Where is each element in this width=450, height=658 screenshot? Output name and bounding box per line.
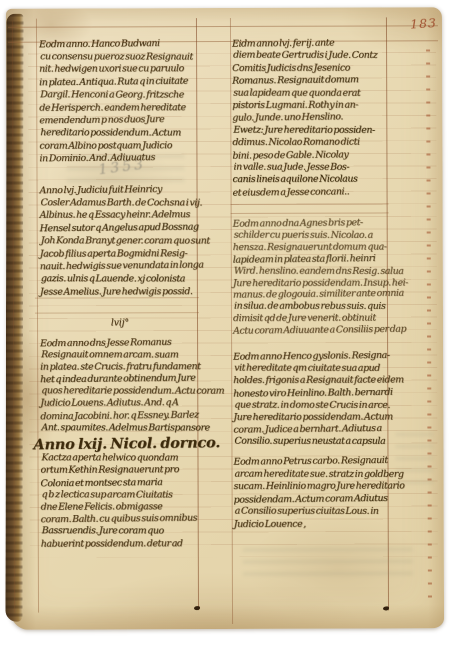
manuscript-entry: Anno lxij. Nicol. dornco.Kactza aperta h… bbox=[40, 438, 202, 550]
text-line: Wird. henslino. eandem dns Resig. salua bbox=[234, 265, 392, 277]
text-line: gulo. Junde. uno Henslino. bbox=[232, 111, 390, 125]
text-line: ortum Kethin Resignauerunt pro bbox=[41, 464, 203, 477]
text-line: canis lineis aquilone Nicolaus bbox=[232, 174, 390, 187]
text-line: sua lapideam que quonda erat bbox=[233, 87, 391, 100]
text-line: Romanus. Resignauit domum bbox=[232, 74, 390, 88]
photo-background: { "page": { "folio_number": "183", "marg… bbox=[0, 0, 450, 658]
text-line: Jesse Amelius. Jure hedwigis possid. bbox=[40, 286, 202, 299]
text-line: hereditario possidendum. Actum bbox=[40, 127, 202, 140]
text-line: Actu coram Adiuuante a Consiliis per dap bbox=[233, 324, 391, 338]
text-line: Hensel sutor q Angelus apud Bossnag bbox=[40, 222, 202, 237]
top-ruling-line bbox=[8, 25, 438, 28]
text-line: gazis. ulnis q Lauende. xj colonista bbox=[41, 273, 203, 286]
ink-blot bbox=[194, 606, 200, 610]
text-line: in Dominio. And. Adiuuatus bbox=[39, 152, 201, 167]
text-line: emendendum p nos duos Jure bbox=[39, 114, 201, 129]
text-line: q b z lectica sup arcam Ciuitatis bbox=[42, 489, 204, 501]
text-line: bini. peso de Gable. Nicolay bbox=[232, 148, 390, 162]
text-line: Bassruendis. Jure coram quo bbox=[42, 526, 204, 538]
text-line: que stratz. in domo ste Crucis in arce. bbox=[234, 399, 392, 411]
text-line: lapideam in platea sta florii. heinri bbox=[233, 253, 391, 267]
pricking-marks bbox=[426, 49, 432, 607]
text-line: Eodm anno. Hanco Budwani bbox=[39, 37, 201, 52]
left-text-column: Eodm anno. Hanco Budwanicu consensu puer… bbox=[39, 38, 203, 579]
text-line: ddimus. Nicolao Romano dicti bbox=[232, 137, 390, 150]
text-line: schilder cu pueris suis. Nicolao. a bbox=[234, 229, 392, 241]
manuscript-entry: Eodm anno. Hanco Budwanicu consensu puer… bbox=[39, 38, 201, 166]
ink-blot bbox=[383, 606, 389, 610]
text-line: domina Jacobini. hor. q Essney. Barlez bbox=[40, 409, 202, 423]
text-line: Colonia et montsec sta maria bbox=[41, 476, 203, 490]
text-line: vit hereditate qm ciuitate sua apud bbox=[234, 363, 392, 375]
text-line: Judicio Louens. Adiutus. And. q A bbox=[40, 398, 202, 411]
text-line: a Consilio superius ciuitas Lous. in bbox=[235, 506, 393, 519]
text-line: in valle. sua Jude. Jesse Bos- bbox=[233, 162, 391, 175]
text-line: arcam hereditate sue. stratz in goldberg bbox=[235, 468, 393, 481]
text-line: Ewetz: Jure hereditario possiden- bbox=[233, 124, 391, 137]
manuscript-page: 183 1353 lvij° Eodm anno. Hanco Budwanic… bbox=[6, 7, 444, 630]
text-line: holdes. frigonis a Resignauit facte eide… bbox=[233, 375, 391, 388]
text-line: Eodm anno dna Agnes bris pet- bbox=[233, 217, 391, 231]
text-line: Anno lxij. Nicol. dornco. bbox=[33, 437, 202, 451]
text-line: habuerint possidendum. detur ad bbox=[41, 538, 203, 551]
text-line: Consilio. superius neustat a capsula bbox=[234, 436, 392, 448]
text-line: Anno lvj. Judiciu fuit Heinricy bbox=[39, 183, 201, 198]
manuscript-entry: Eodm anno dna Agnes bris pet-schilder cu… bbox=[233, 217, 391, 337]
text-line: nauit. hedwigis sue venundata in longa bbox=[40, 260, 202, 275]
text-line: Kactza aperta helwico quondam bbox=[41, 452, 203, 464]
text-line: Dargil. Henconi a Georg. fritzsche bbox=[40, 89, 202, 102]
manuscript-entry: Eidm anno lvj. fer ij. antediem beate Ge… bbox=[232, 37, 391, 199]
text-line: Resignauit omnem arcam. suam bbox=[41, 349, 203, 361]
text-line: sucam. Heinlinio magro Jure hereditario bbox=[234, 481, 392, 494]
text-line: hensza. Resignauerunt domum qua- bbox=[233, 241, 391, 253]
text-line: cu consensu pueroz suoz Resignauit bbox=[40, 51, 202, 64]
manuscript-entry: Eodm anno dns Jesse RomanusResignauit om… bbox=[40, 337, 202, 434]
text-line: honesto viro Heinlino. Balth. bernardi bbox=[233, 386, 391, 400]
right-text-column: Eidm anno lvj. fer ij. antediem beate Ge… bbox=[232, 37, 392, 578]
text-line: diem beate Gertrudis i Jude. Contz bbox=[233, 50, 391, 63]
text-line: et eiusdem a Jesse concani.. bbox=[232, 186, 390, 200]
manuscript-entry: Anno lvj. Judiciu fuit HeinricyCosler Ad… bbox=[40, 184, 202, 299]
text-line: Cosler Adamus Barth. de Cochsna i vij. bbox=[41, 197, 203, 210]
folio-number: 183 bbox=[391, 15, 438, 33]
text-line: Eodm anno Petrus carbo. Resignauit bbox=[233, 455, 391, 469]
text-line: Ant. spaumites. Adelmus Bartispansore bbox=[41, 422, 203, 434]
manuscript-entry: Eodm anno Petrus carbo. Resignauitarcam … bbox=[233, 455, 391, 531]
text-line: in platea. Antiqua. Ruta q in ciuitate bbox=[39, 76, 201, 91]
manuscript-entry: Eodm anno Henco gyslonis. Resigna-vit he… bbox=[233, 350, 391, 448]
text-line: in silua. de ambobus rebus suis. quis bbox=[234, 301, 392, 313]
text-line: quos hereditarie possidendum. Actu coram bbox=[41, 386, 203, 398]
text-line: Joh Konda Branyt gener. coram quo sunt bbox=[41, 235, 203, 248]
text-line: Judicio Louence , bbox=[234, 518, 392, 531]
